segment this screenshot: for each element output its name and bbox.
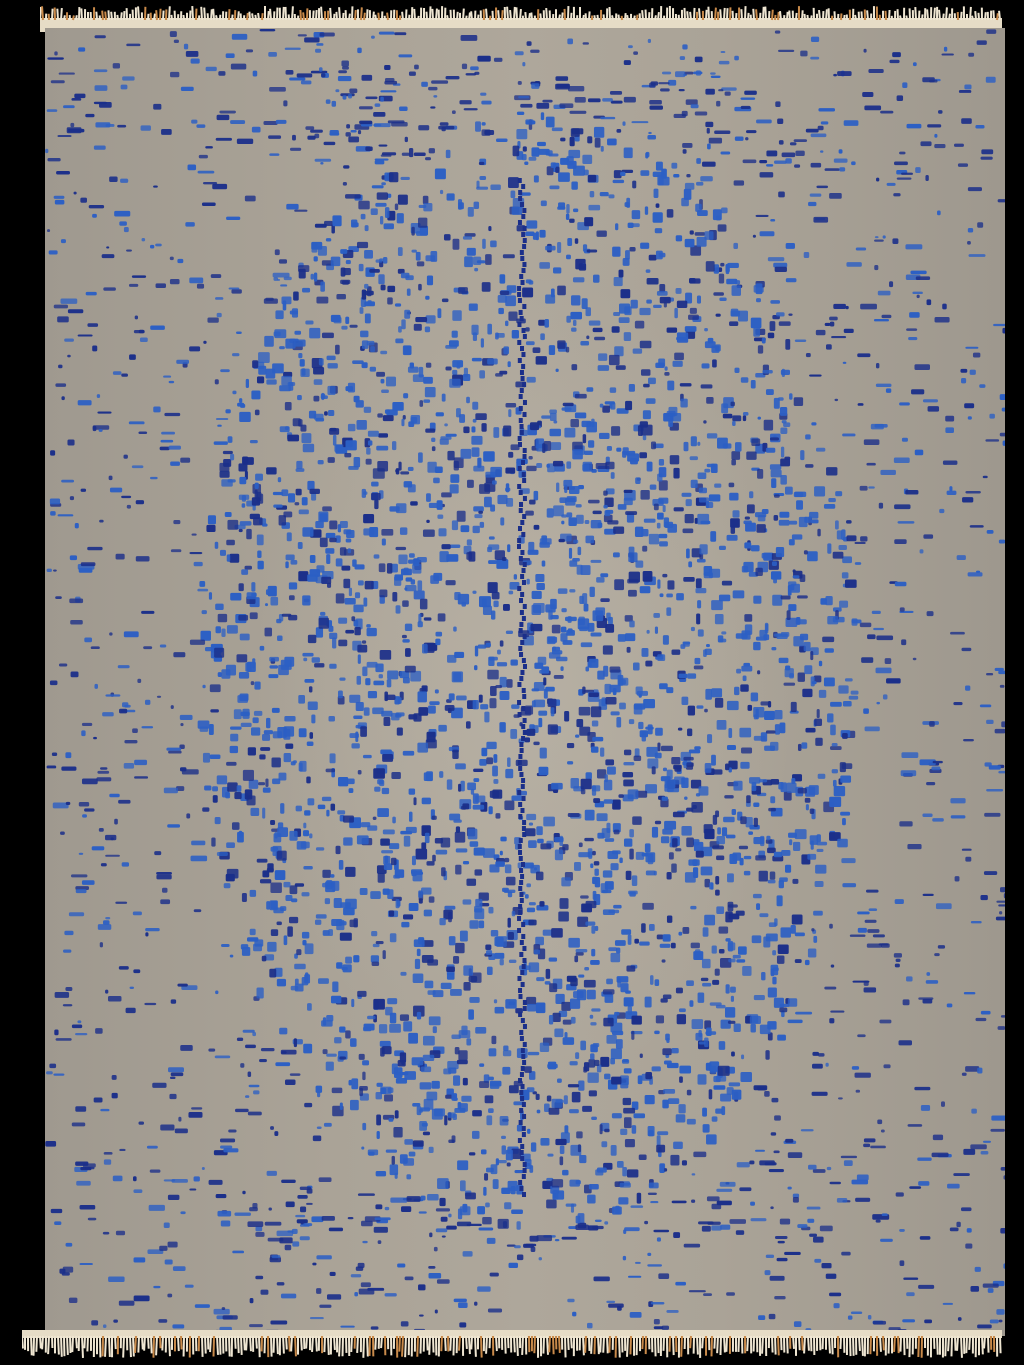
rug-photo bbox=[0, 0, 1024, 1365]
rug-pattern bbox=[45, 28, 1005, 1336]
bottom-fringe bbox=[22, 1330, 1002, 1360]
